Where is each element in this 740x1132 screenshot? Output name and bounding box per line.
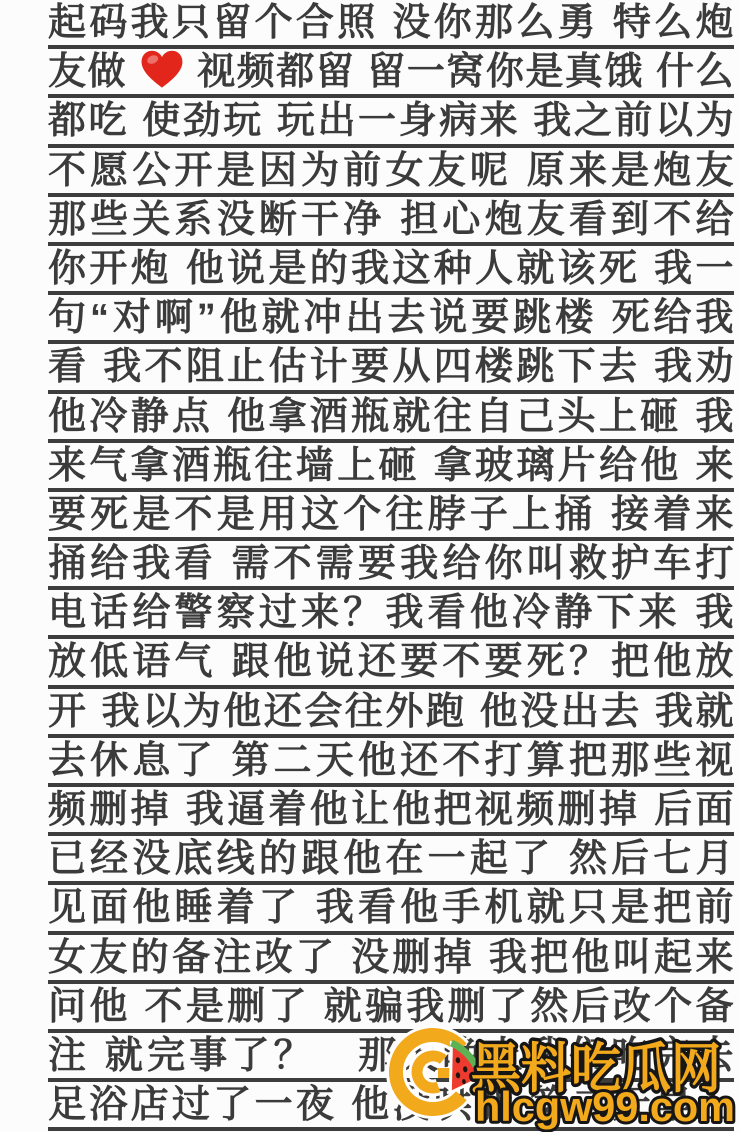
- text-line: 那些关系没断干净 担心炮友看到不给: [48, 197, 734, 246]
- text-line: 都吃 使劲玩 玩出一身病来 我之前以为: [48, 98, 734, 147]
- text-line: 起码我只留个合照 没你那么勇 特么炮: [48, 0, 734, 49]
- text-line: 足浴店过了一夜 他没哄我 第二天早上: [48, 1082, 734, 1131]
- text-line: 友做 视频都留 留一窝你是真饿 什么: [48, 49, 734, 98]
- text-line: 你开炮 他说是的我这种人就该死 我一: [48, 246, 734, 295]
- story-text: 起码我只留个合照 没你那么勇 特么炮友做 视频都留 留一窝你是真饿 什么都吃 使…: [48, 0, 734, 1131]
- text-line: 已经没底线的跟他在一起了 然后七月: [48, 836, 734, 885]
- text-line: 女友的备注改了 没删掉 我把他叫起来: [48, 935, 734, 984]
- text-line: 句“对啊”他就冲出去说要跳楼 死给我: [48, 295, 734, 344]
- text-line: 他冷静点 他拿酒瓶就往自己头上砸 我: [48, 394, 734, 443]
- text-line: 来气拿酒瓶往墙上砸 拿玻璃片给他 来: [48, 443, 734, 492]
- text-line: 捅给我看 需不需要我给你叫救护车打: [48, 541, 734, 590]
- text-line: 不愿公开是因为前女友呢 原来是炮友: [48, 148, 734, 197]
- text-line: 开 我以为他还会往外跑 他没出去 我就: [48, 689, 734, 738]
- text-line: 注 就完事了？ 那天晚上我们吃完去: [48, 1033, 734, 1082]
- text-line: 要死是不是用这个往脖子上捅 接着来: [48, 492, 734, 541]
- text-line: 电话给警察过来？我看他冷静下来 我: [48, 590, 734, 639]
- text-line: 看 我不阻止估计要从四楼跳下去 我劝: [48, 344, 734, 393]
- text-line: 放低语气 跟他说还要不要死？把他放: [48, 639, 734, 688]
- text-line: 频删掉 我逼着他让他把视频删掉 后面: [48, 787, 734, 836]
- text-line: 去休息了 第二天他还不打算把那些视: [48, 738, 734, 787]
- text-line: 问他 不是删了 就骗我删了然后改个备: [48, 984, 734, 1033]
- screenshot-root: 起码我只留个合照 没你那么勇 特么炮友做 视频都留 留一窝你是真饿 什么都吃 使…: [0, 0, 740, 1132]
- text-line: 见面他睡着了 我看他手机就只是把前: [48, 885, 734, 934]
- red-heart-emoji: [140, 49, 184, 91]
